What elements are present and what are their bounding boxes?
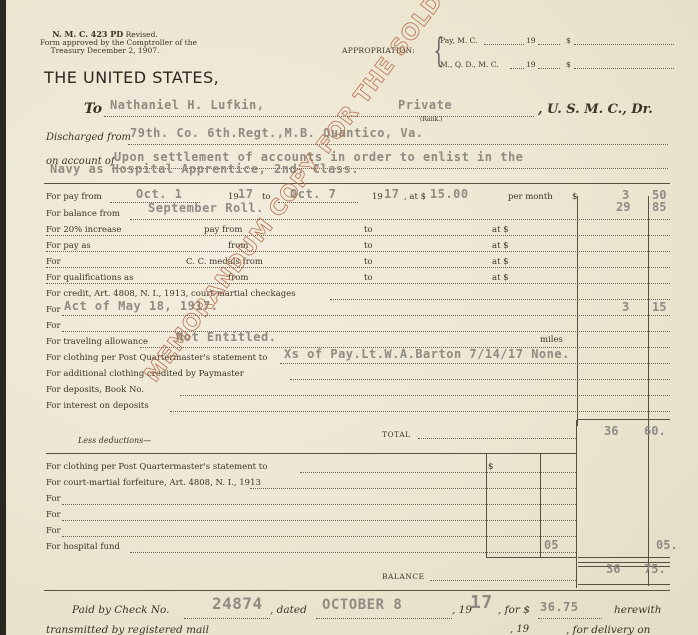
item-medals-label: For [46, 257, 61, 267]
item-deposits-label: For deposits, Book No. [46, 385, 144, 395]
form-header: N. M. C. 423 PD Revised. Form approved b… [40, 30, 170, 55]
appropriation-row-qd: M., Q. D., M. C. [440, 60, 499, 69]
item-interest-label: For interest on deposits [46, 401, 149, 411]
item-pay-from: Oct. 1 [136, 187, 182, 201]
item-credit-label: For credit, Art. 4808, N. I., 1913, cour… [46, 289, 296, 299]
deduction-for-2: For [46, 510, 61, 520]
dollar-sign: $ [488, 462, 493, 472]
deduction-forfeiture-label: For court-martial forfeiture, Art. 4808,… [46, 478, 261, 488]
discharged-value: 79th. Co. 6th.Regt.,M.B. Quantico, Va. [130, 126, 424, 140]
at-dollar: at $ [492, 273, 509, 283]
payee-suffix: , U. S. M. C., Dr. [538, 102, 653, 117]
item-act-label: For [46, 305, 61, 315]
total-dollars: 36 [604, 424, 618, 438]
form-approval-2: Treasury December 2, 1907. [40, 47, 170, 55]
appropriation-year: 19 [526, 60, 536, 69]
item-increase-label: For 20% increase [46, 225, 121, 235]
total-cents: 60. [644, 424, 666, 438]
to-label: To [84, 101, 102, 117]
item-pay-to-year: 17 [384, 187, 399, 201]
appropriation-dollar: $ [566, 60, 571, 69]
deduction-for-3: For [46, 526, 61, 536]
at-dollar: at $ [492, 257, 509, 267]
check-number: 24874 [212, 594, 263, 613]
for-label: , for $ [498, 604, 530, 616]
deduction-clothing-label: For clothing per Post Quartermaster's st… [46, 462, 267, 472]
appropriation-dollar: $ [566, 36, 571, 45]
to-word: to [364, 273, 373, 283]
check-label: Paid by Check No. [72, 604, 170, 616]
dollar-sign: $ [572, 192, 577, 202]
to-word: to [364, 225, 373, 235]
balance-total-dollars: 36 [606, 562, 620, 576]
item-qualifications-label: For qualifications as [46, 273, 133, 283]
balance-cents: 85 [652, 200, 666, 214]
appropriation-row-pay: Pay, M. C. [440, 36, 478, 45]
item-pay-as-label: For pay as [46, 241, 91, 251]
herewith-label: herewith [614, 604, 662, 616]
item-balance-value: September Roll. [148, 201, 264, 215]
to-word: to [364, 257, 373, 267]
deduction-hospital-label: For hospital fund [46, 542, 120, 552]
miles-label: miles [540, 335, 563, 345]
check-year: 17 [470, 592, 493, 613]
total-label: TOTAL [382, 430, 411, 439]
hospital-inner-cents: 05 [544, 538, 558, 552]
line2-year: , 19 [510, 624, 529, 635]
at-dollar: at $ [492, 225, 509, 235]
discharged-label: Discharged from [46, 132, 131, 143]
document-title: THE UNITED STATES, [44, 68, 219, 87]
pay-from: pay from [204, 225, 242, 235]
item-pay-label: For pay from [46, 192, 102, 202]
item-pay-rate: 15.00 [430, 187, 469, 201]
at-dollar: , at $ [404, 192, 426, 202]
balance-label: BALANCE [382, 572, 425, 581]
check-amount: 36.75 [540, 600, 579, 614]
to-word: to [364, 241, 373, 251]
item-balance-label: For balance from [46, 209, 120, 219]
hospital-cents: 05. [656, 538, 678, 552]
payee-name: Nathaniel H. Lufkin, [110, 98, 265, 112]
deduction-for-1: For [46, 494, 61, 504]
registered-mail-label: transmitted by registered mail [46, 624, 209, 635]
rank-caption: (Rank.) [420, 116, 442, 123]
year-prefix: 19 [372, 192, 383, 202]
at-dollar: at $ [492, 241, 509, 251]
balance-dollars: 29 [616, 200, 630, 214]
item-for-blank: For [46, 321, 61, 331]
act-cents: 15 [652, 300, 666, 314]
item-travel-label: For traveling allowance [46, 337, 148, 347]
payee-rank: Private [398, 98, 452, 112]
item-pay-from-year: 17 [238, 187, 253, 201]
item-clothing-value: Xs of Pay.Lt.W.A.Barton 7/14/17 None. [284, 347, 570, 361]
balance-total-cents: 75. [644, 562, 666, 576]
per-month: per month [508, 192, 553, 202]
delivery-label: , for delivery on [566, 624, 650, 635]
appropriation-year: 19 [526, 36, 536, 45]
deductions-heading: Less deductions— [78, 436, 151, 445]
dated-label: , dated [270, 604, 307, 616]
check-date: OCTOBER 8 [322, 597, 402, 613]
act-dollars: 3 [622, 300, 629, 314]
